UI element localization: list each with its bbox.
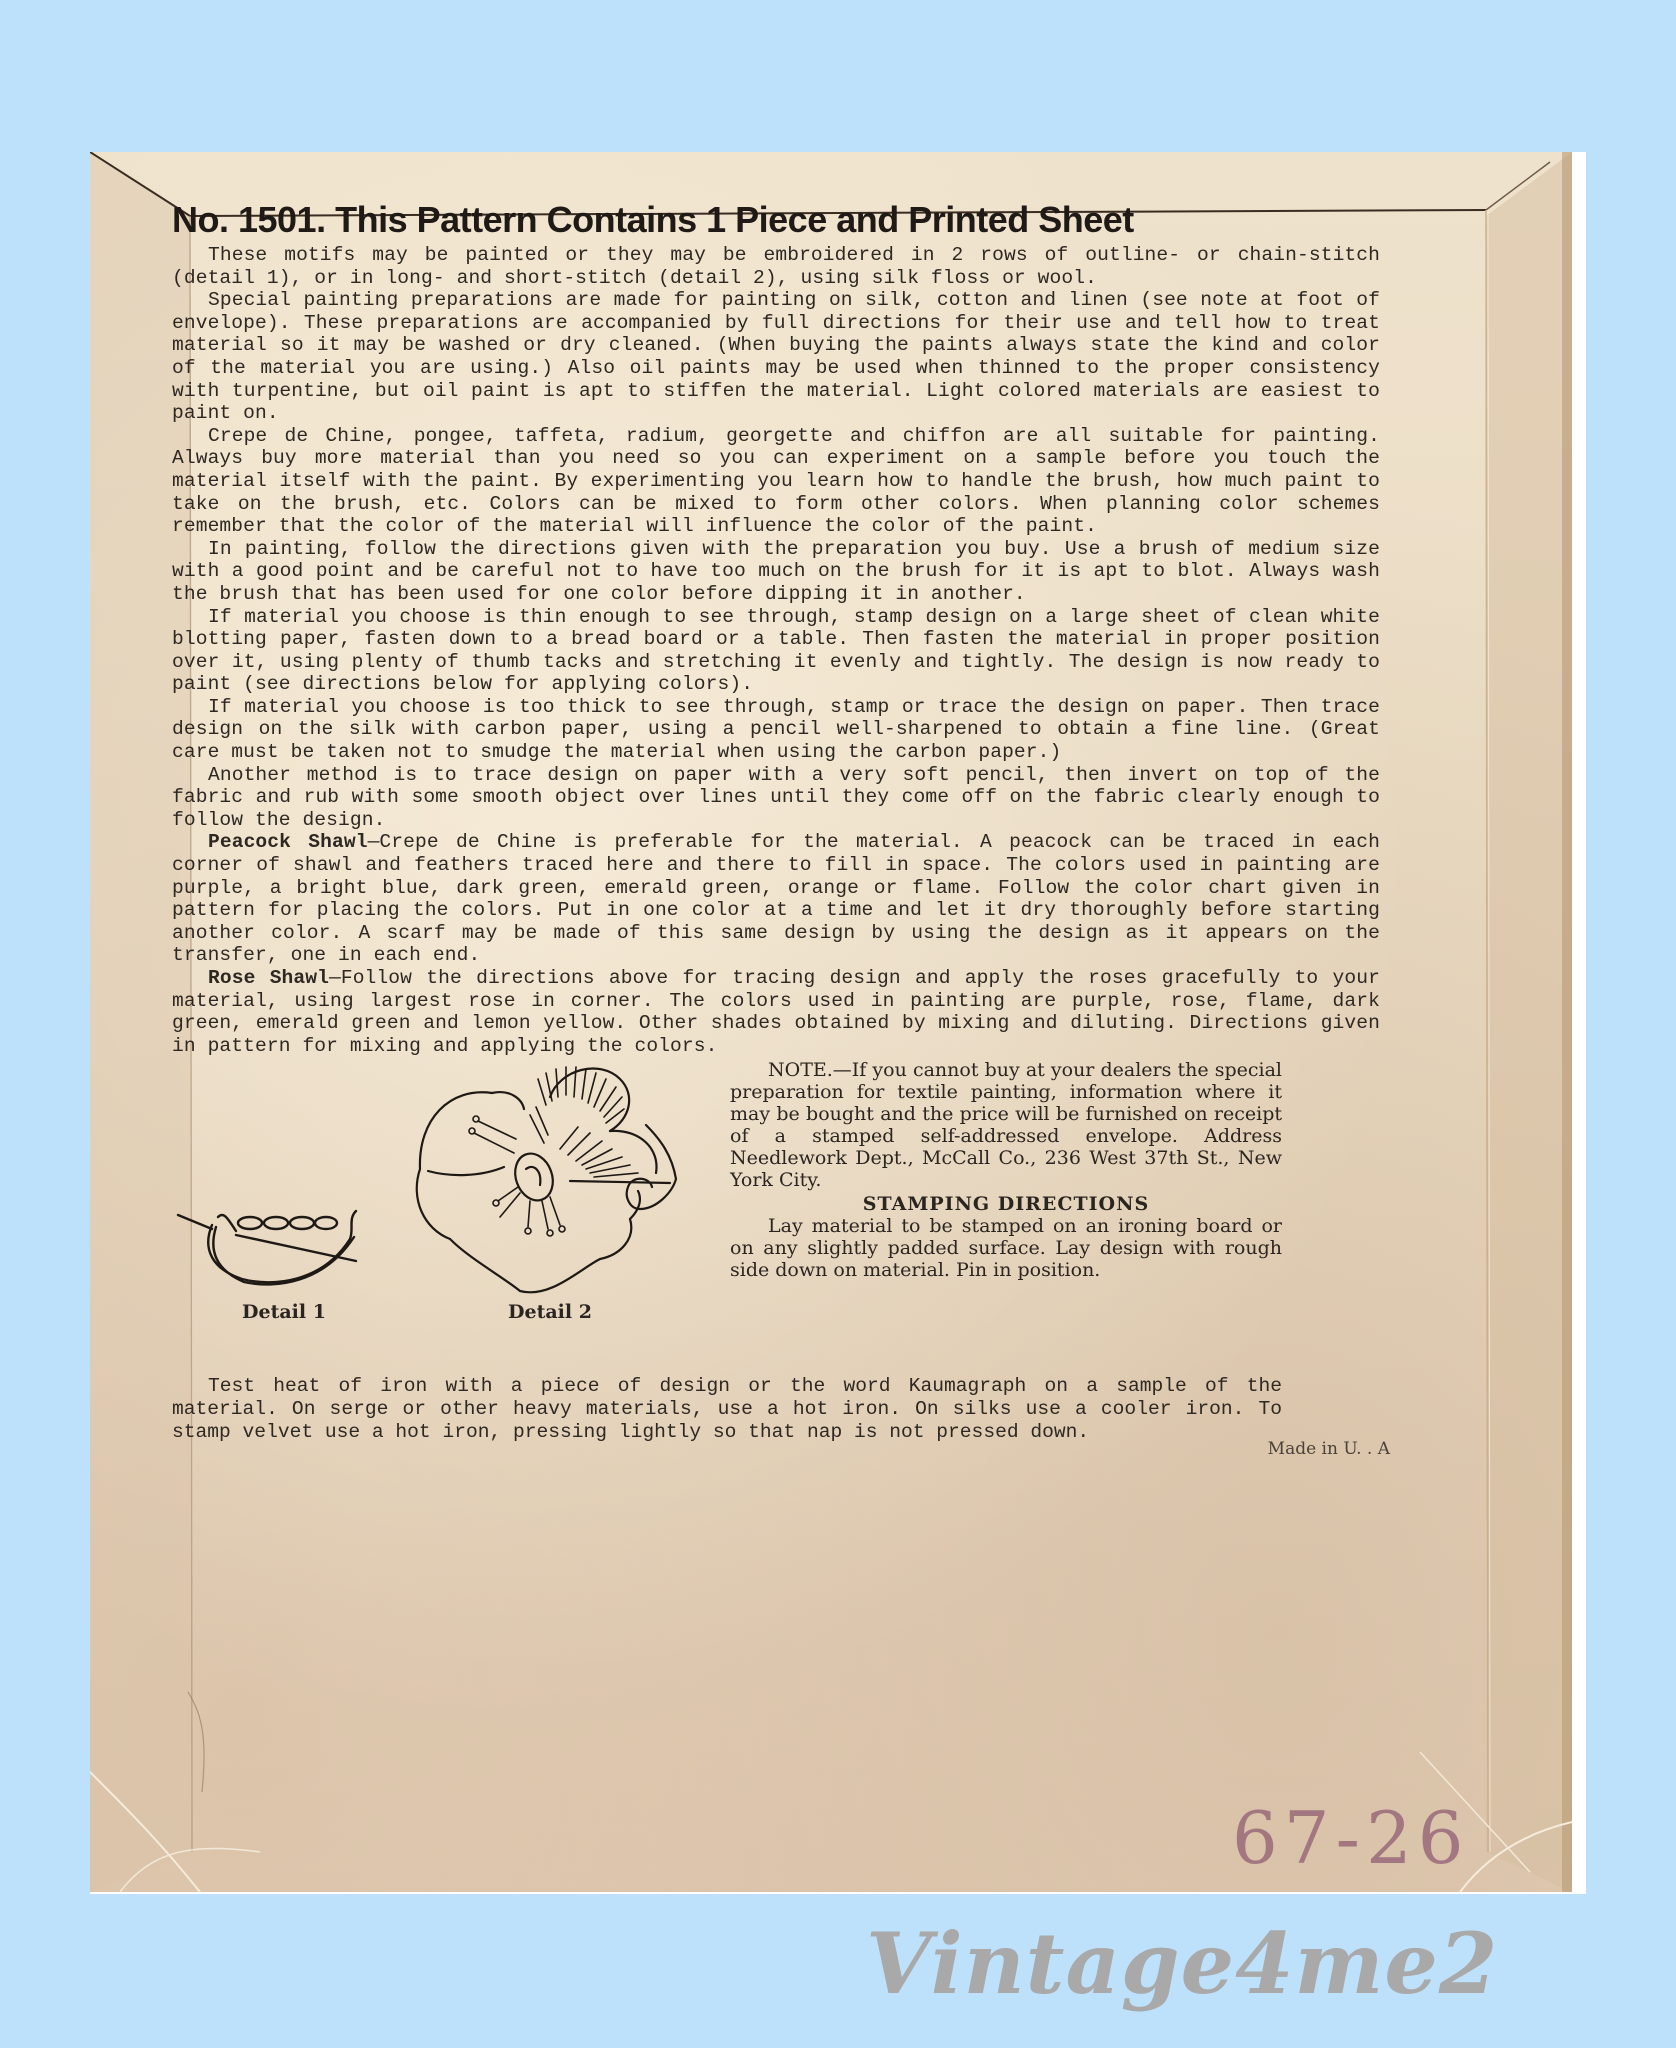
paragraph-another-method: Another method is to trace design on pap…: [172, 764, 1380, 832]
instruction-sheet: No. 1501. This Pattern Contains 1 Piece …: [172, 198, 1380, 1389]
note-column: NOTE.—If you cannot buy at your dealers …: [730, 1059, 1282, 1281]
stamped-number: 67-26: [1232, 1796, 1470, 1880]
paragraph-intro: These motifs may be painted or they may …: [172, 244, 1380, 289]
paragraph-painting: In painting, follow the directions given…: [172, 538, 1380, 606]
iron-heat-paragraph: Test heat of iron with a piece of design…: [172, 1375, 1282, 1443]
paragraph-peacock-shawl: Peacock Shawl—Crepe de Chine is preferab…: [172, 831, 1380, 967]
paragraph-rose-shawl: Rose Shawl—Follow the directions above f…: [172, 967, 1380, 1057]
rose-shawl-label: Rose Shawl: [208, 967, 329, 989]
detail-2-caption: Detail 2: [508, 1301, 592, 1323]
watermark-logo: Vintage4me2: [866, 1914, 1498, 2013]
paragraph-thick-material: If material you choose is too thick to s…: [172, 696, 1380, 764]
chain-stitch-illustration-icon: [172, 1179, 372, 1289]
lower-section: Detail 1: [172, 1059, 1380, 1389]
stamping-directions-text: Lay material to be stamped on an ironing…: [730, 1215, 1282, 1281]
stamping-directions-heading: STAMPING DIRECTIONS: [730, 1193, 1282, 1215]
paragraph-thin-material: If material you choose is thin enough to…: [172, 606, 1380, 696]
paragraph-materials: Crepe de Chine, pongee, taffeta, radium,…: [172, 425, 1380, 538]
stitch-figures: Detail 1: [172, 1059, 732, 1359]
peacock-shawl-label: Peacock Shawl: [208, 831, 368, 853]
flower-stitch-illustration-icon: [410, 1059, 690, 1299]
note-text: NOTE.—If you cannot buy at your dealers …: [730, 1059, 1282, 1191]
paragraph-preparations: Special painting preparations are made f…: [172, 289, 1380, 425]
detail-1-caption: Detail 1: [242, 1301, 326, 1323]
pattern-title: No. 1501. This Pattern Contains 1 Piece …: [172, 198, 1380, 242]
made-in-label: Made in U. . A: [1268, 1439, 1390, 1459]
